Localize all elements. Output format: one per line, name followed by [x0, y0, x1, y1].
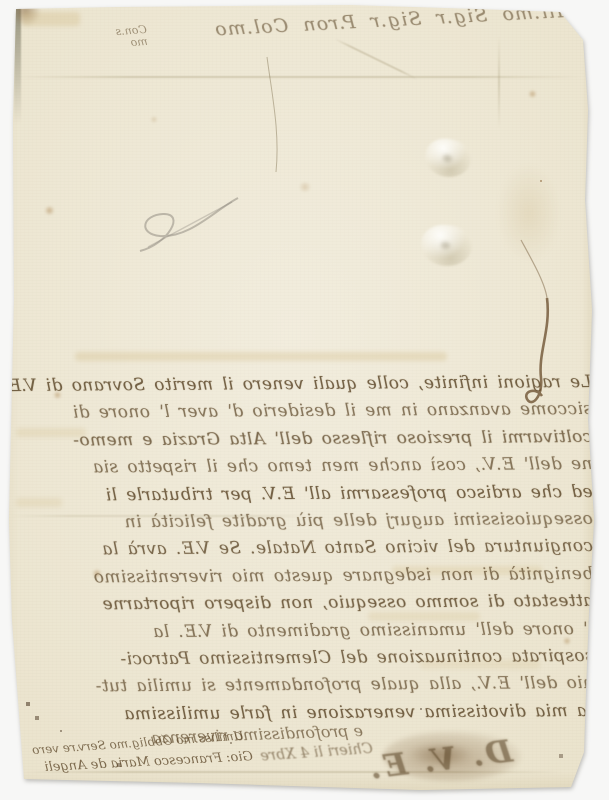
scan-background: Ill.mo Sig.r Sig.r P.ron Col.mo Con.s mo… — [0, 0, 609, 800]
body-showthrough: Le ragioni infinite, colle quali venero … — [13, 369, 594, 729]
handwriting-line: ed che ardisco professarmi all' E.V. per… — [14, 479, 593, 510]
handwriting-line: nio dell' E.V., alla quale profondamente… — [15, 670, 594, 701]
seal-dimple — [443, 154, 453, 163]
seal-impression-upper — [421, 134, 475, 182]
address-corner-lower: mo — [116, 36, 148, 50]
scan-hairline — [267, 57, 277, 172]
paper-shadow-wrap: Ill.mo Sig.r Sig.r P.ron Col.mo Con.s mo… — [0, 0, 609, 800]
ghost-stamp-mark — [22, 12, 80, 26]
ghost-text-line — [75, 352, 447, 361]
foxing-spot — [298, 182, 312, 192]
seal-impression-lower — [418, 222, 474, 270]
fold-crease-top — [16, 76, 581, 78]
ink-specks — [0, 0, 2, 2]
handwriting-line: benignità di non isdegnare questo mio ri… — [14, 561, 593, 592]
handwriting-line: attestato di sommo ossequio, non dispero… — [14, 588, 593, 619]
address-corner-abbreviation: Con.s mo — [115, 24, 148, 50]
handwriting-line: congiuntura del vicino Santo Natale. Se … — [14, 533, 593, 564]
pencil-scribble — [140, 198, 238, 251]
tan-stain — [498, 165, 560, 261]
handwriting-line: coltivarmi il prezioso riflesso dell' Al… — [13, 424, 592, 455]
foxing-spot — [44, 206, 55, 215]
handwriting-line: siccome avanzano in me il desiderio d' a… — [13, 396, 592, 427]
handwriting-line: sospirata continuazione del Clementissim… — [15, 643, 594, 674]
address-showthrough: Ill.mo Sig.r Sig.r P.ron Col.mo — [111, 0, 565, 70]
foxing-spot — [150, 116, 158, 123]
handwriting-line: l' onore dell' umanissimo gradimento di … — [14, 616, 593, 647]
fold-crease-vertical — [498, 36, 500, 128]
seal-dimple — [441, 242, 451, 250]
handwriting-line: ne dell' E.V., così anche men temo che i… — [13, 451, 592, 482]
pencil-scribble-stroke — [148, 202, 232, 247]
handwriting-line: Le ragioni infinite, colle quali venero … — [13, 369, 592, 400]
address-line: Ill.mo Sig.r Sig.r P.ron Col.mo — [111, 0, 564, 46]
handwriting-line: ossequiosissimi augurj delle più gradite… — [14, 506, 593, 537]
foxing-spot — [528, 90, 537, 98]
letter-paper: Ill.mo Sig.r Sig.r P.ron Col.mo Con.s mo… — [0, 0, 609, 800]
